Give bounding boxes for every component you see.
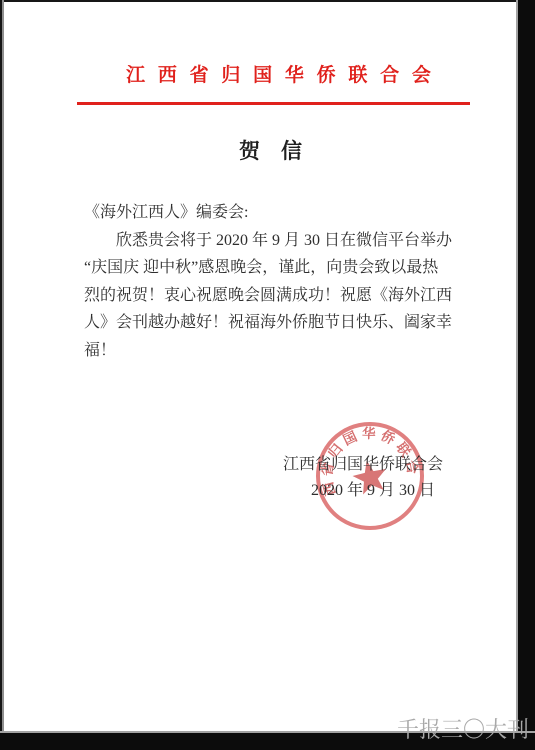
body-line: 欣悉贵会将于 2020 年 9 月 30 日在微信平台举办 [84, 227, 454, 255]
watermark-fragment: 千报三〇大刊 [397, 718, 535, 742]
body-line: “庆国庆 迎中秋”感恩晚会，谨此，向贵会致以最热 [84, 254, 454, 282]
salutation: 《海外江西人》编委会: [84, 199, 454, 227]
body-line: 福！ [84, 337, 454, 365]
scan-border-top [0, 0, 535, 2]
body-line: 烈的祝贺！衷心祝愿晚会圆满成功！祝愿《海外江西 [84, 282, 454, 310]
letter-page: 江 西 省 归 国 华 侨 联 合 会 贺 信 《海外江西人》编委会: 欣悉贵会… [0, 0, 535, 750]
document-title: 贺 信 [0, 138, 535, 164]
org-header-title: 江 西 省 归 国 华 侨 联 合 会 [0, 64, 535, 88]
signature-date: 2020 年 9 月 30 日 [84, 479, 435, 503]
header-divider-rule [77, 102, 470, 105]
signature-org-name: 江西省归国华侨联合会 [84, 453, 443, 477]
letter-body: 《海外江西人》编委会: 欣悉贵会将于 2020 年 9 月 30 日在微信平台举… [84, 199, 454, 364]
scan-border-right [518, 0, 535, 750]
scan-border-left-gray [2, 0, 4, 750]
body-line: 人》会刊越办越好！祝福海外侨胞节日快乐、阖家幸 [84, 309, 454, 337]
